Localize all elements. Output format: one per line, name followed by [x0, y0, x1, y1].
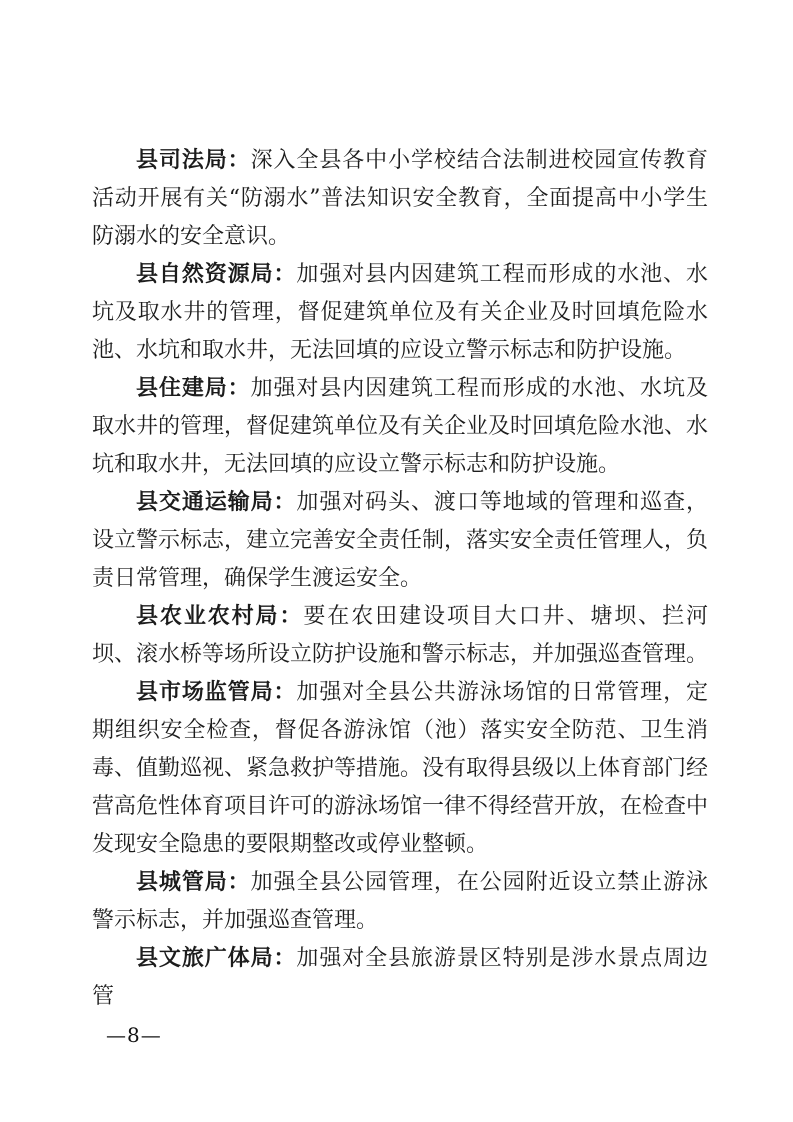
bureau-heading: 县城管局：: [136, 870, 251, 895]
paragraph-transportation-bureau: 县交通运输局：加强对码头、渡口等地域的管理和巡查，设立警示标志，建立完善安全责任…: [92, 484, 708, 598]
bureau-heading: 县文旅广体局：: [136, 946, 296, 971]
paragraph-justice-bureau: 县司法局：深入全县各中小学校结合法制进校园宣传教育活动开展有关“防溺水”普法知识…: [92, 142, 708, 256]
paragraph-culture-tourism-sports-bureau: 县文旅广体局：加强对全县旅游景区特别是涉水景点周边管: [92, 940, 708, 1016]
paragraph-natural-resources-bureau: 县自然资源局：加强对县内因建筑工程而形成的水池、水坑及取水井的管理，督促建筑单位…: [92, 256, 708, 370]
bureau-heading: 县交通运输局：: [136, 490, 296, 515]
page-number: —8—: [106, 1022, 162, 1048]
bureau-heading: 县司法局：: [136, 148, 251, 173]
bureau-heading: 县住建局：: [136, 376, 251, 401]
document-page: 县司法局：深入全县各中小学校结合法制进校园宣传教育活动开展有关“防溺水”普法知识…: [0, 0, 793, 1122]
paragraph-market-supervision-bureau: 县市场监管局：加强对全县公共游泳场馆的日常管理，定期组织安全检查，督促各游泳馆（…: [92, 674, 708, 864]
bureau-heading: 县自然资源局：: [136, 262, 296, 287]
paragraph-agriculture-rural-bureau: 县农业农村局：要在农田建设项目大口井、塘坝、拦河坝、滚水桥等场所设立防护设施和警…: [92, 598, 708, 674]
paragraph-urban-management-bureau: 县城管局：加强全县公园管理，在公园附近设立禁止游泳警示标志，并加强巡查管理。: [92, 864, 708, 940]
bureau-heading: 县市场监管局：: [136, 680, 296, 705]
paragraph-text: 加强对全县公共游泳场馆的日常管理，定期组织安全检查，督促各游泳馆（池）落实安全防…: [92, 680, 708, 857]
document-body: 县司法局：深入全县各中小学校结合法制进校园宣传教育活动开展有关“防溺水”普法知识…: [92, 142, 708, 1016]
bureau-heading: 县农业农村局：: [136, 604, 303, 629]
paragraph-housing-construction-bureau: 县住建局：加强对县内因建筑工程而形成的水池、水坑及取水井的管理，督促建筑单位及有…: [92, 370, 708, 484]
